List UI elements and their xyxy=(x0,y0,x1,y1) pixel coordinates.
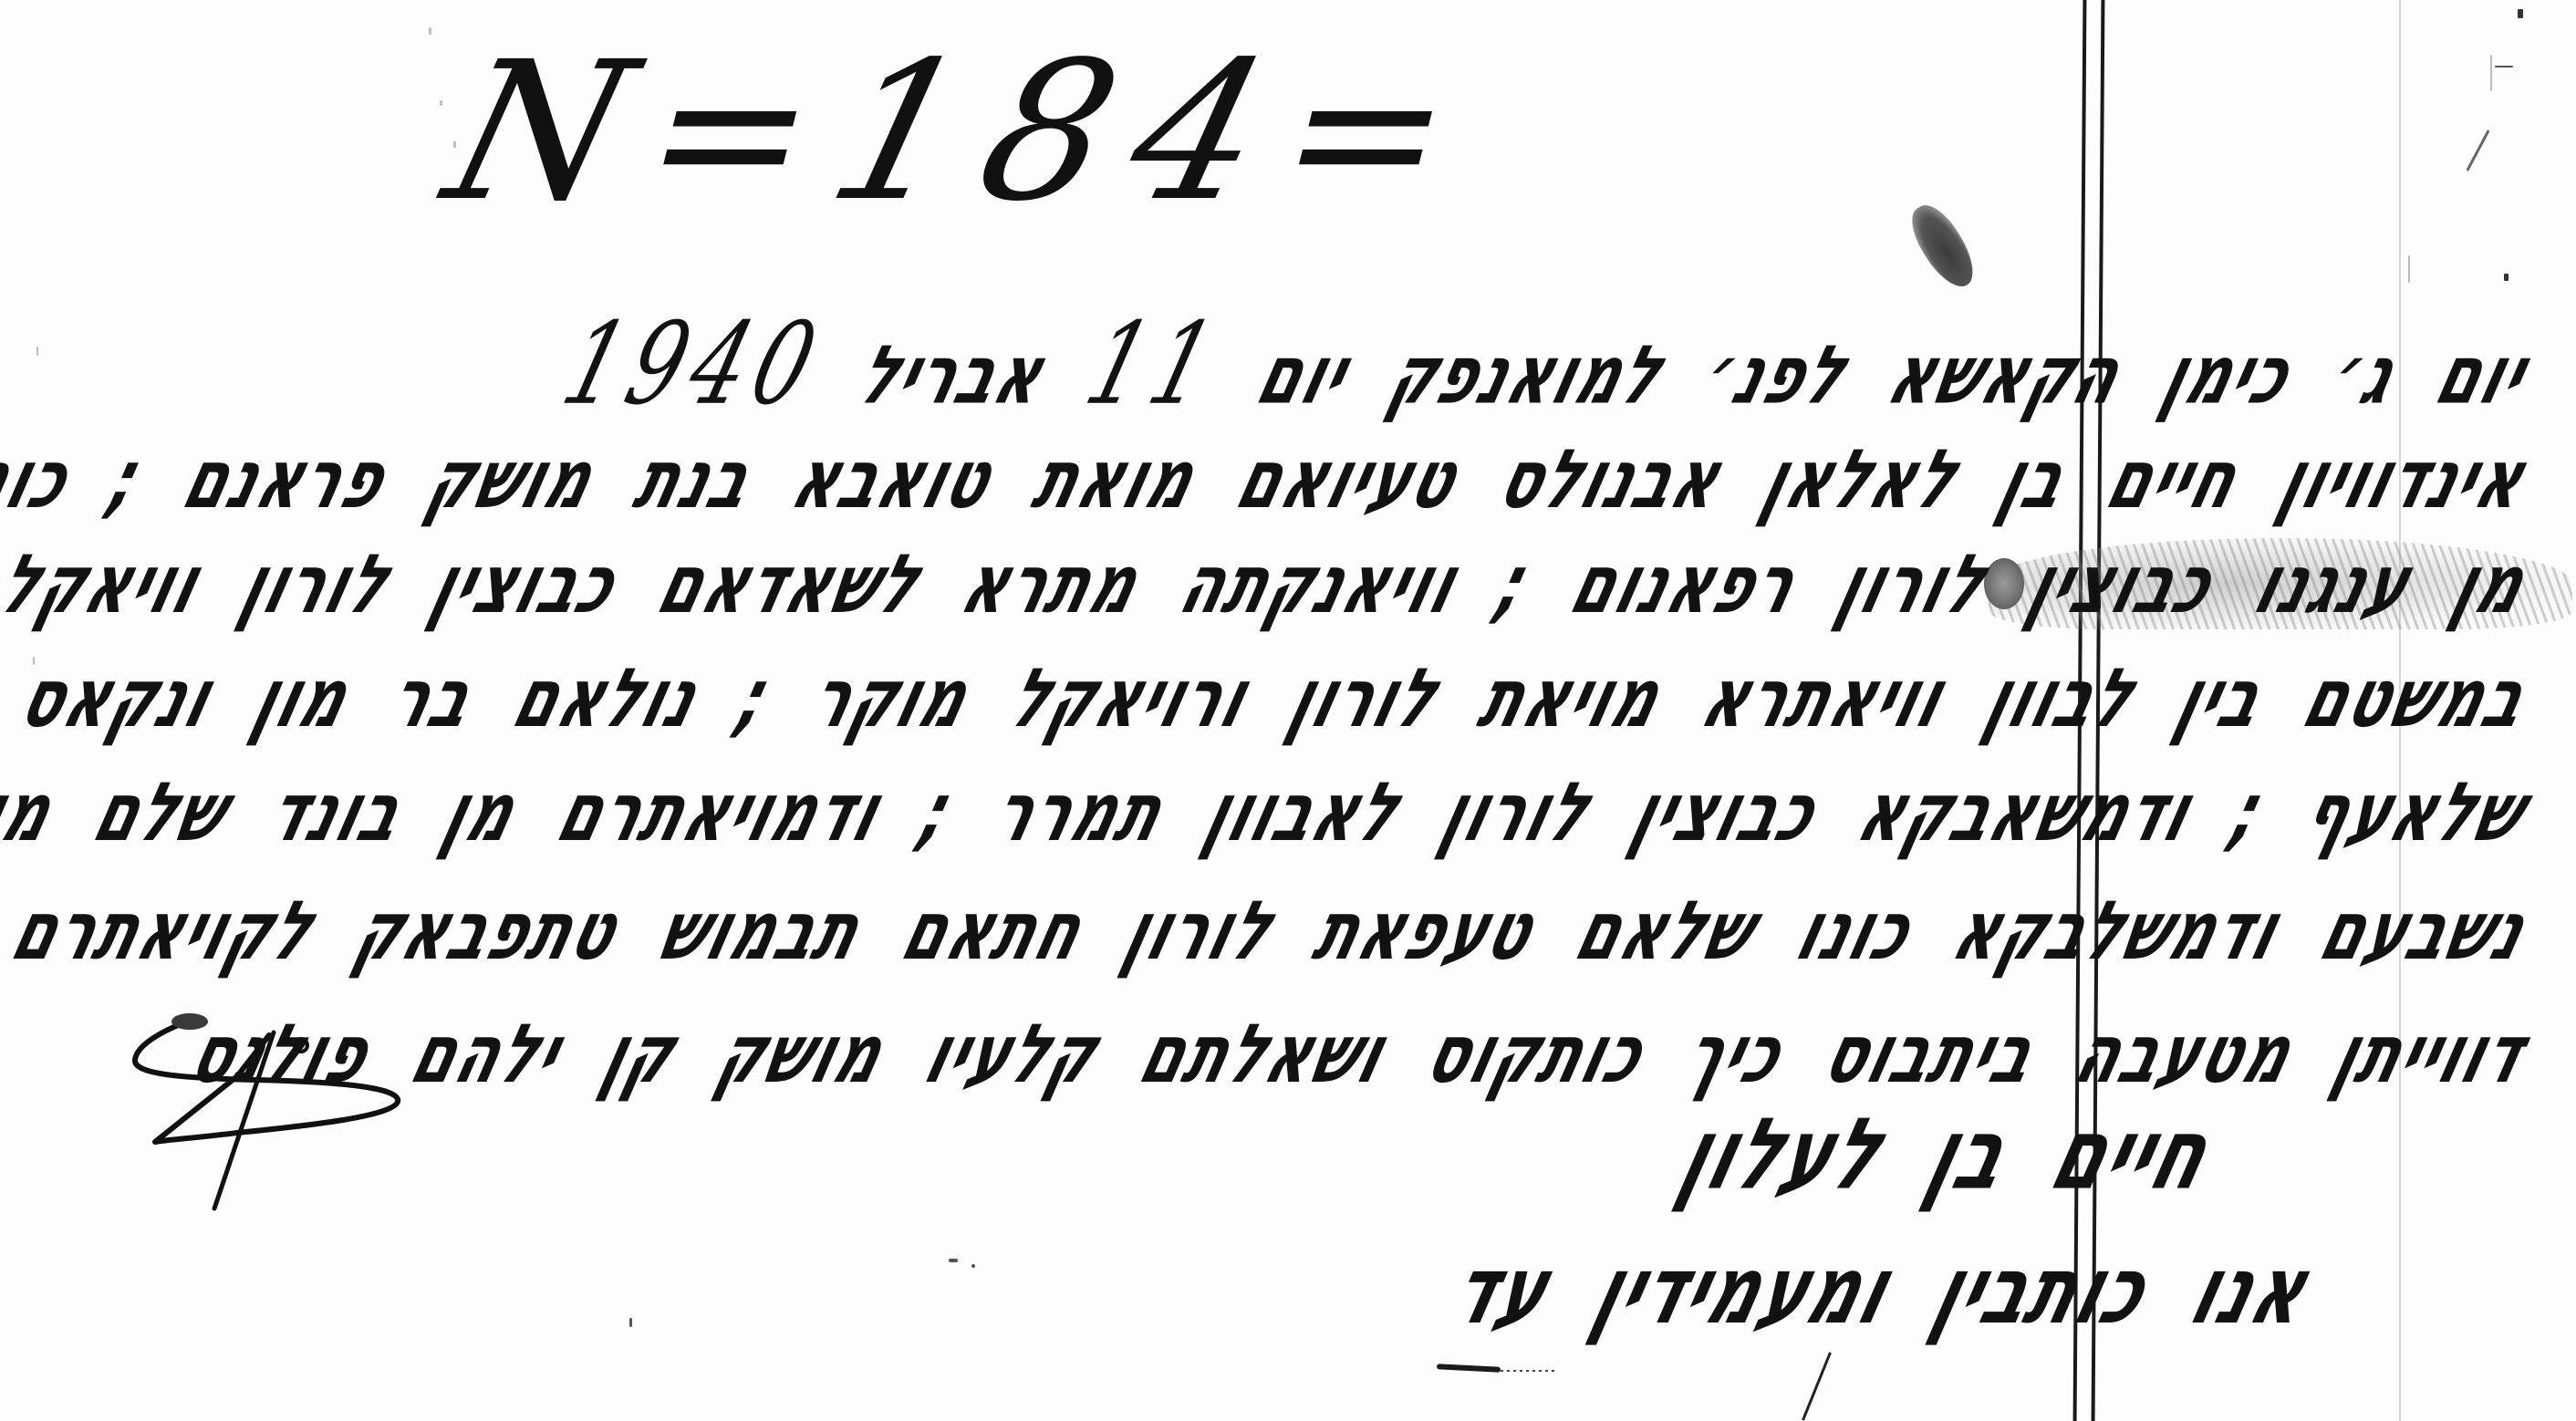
ink-stain xyxy=(1902,197,1984,296)
scanned-letter-page: N=184= יום ג׳ כימן הקאשא לפנ׳ למואנפק יו… xyxy=(0,0,2576,1421)
year: 1940 xyxy=(550,298,838,430)
scan-speck xyxy=(2495,66,2513,67)
descender-stroke xyxy=(1802,1352,1832,1420)
date-line-prefix: יום ג׳ כימן הקאשא לפנ׳ למואנפק יום xyxy=(1247,327,2539,422)
stray-mark xyxy=(971,1264,975,1268)
signer-name: חיים בן לעלון xyxy=(1670,1105,2221,1204)
scan-speck xyxy=(429,27,431,35)
stray-mark xyxy=(629,1318,632,1327)
document-number: N=184= xyxy=(432,36,1499,228)
body-line-5: שלאעף ; ודמשאבקא כבוצין לורון לאבוון תמר… xyxy=(0,773,2536,854)
body-line-6: נשבעם ודמשלבקא כונו שלאם טעפאת לורון חתא… xyxy=(0,891,2536,972)
scan-speck xyxy=(2408,255,2410,283)
signature-underline-dots xyxy=(1501,1370,1555,1372)
body-line-2: אינדוויון חיים בן לאלאן אבנולס טעיואם מו… xyxy=(0,440,2536,521)
stray-mark xyxy=(949,1259,958,1262)
scan-speck xyxy=(36,347,38,356)
month-name: אבריל xyxy=(849,327,1056,422)
scan-speck xyxy=(440,100,442,106)
date-line: יום ג׳ כימן הקאשא לפנ׳ למואנפק יום 11 אב… xyxy=(553,308,2544,421)
body-line-4: במשטם בין לבוון וויאתרא מויאת לורון ורוי… xyxy=(0,659,2536,740)
body-line-7: דווייתן מטעבה ביתבוס כיך כותקוס ושאלתם ק… xyxy=(182,1014,2536,1095)
scan-speck xyxy=(2504,274,2508,281)
witness-line: אנו כותבין ומעמידין עד xyxy=(1444,1243,2320,1337)
scan-speck xyxy=(2490,55,2492,91)
signature-flourish-icon xyxy=(128,1003,438,1240)
day-number: 11 xyxy=(1074,298,1236,430)
signature-underline xyxy=(1437,1364,1501,1373)
scan-speck xyxy=(2518,9,2523,18)
scan-speck xyxy=(2466,130,2489,171)
body-line-3: מן ענגנו כבוצין לורון רפאנום ; וויאנקתה … xyxy=(0,545,2536,626)
